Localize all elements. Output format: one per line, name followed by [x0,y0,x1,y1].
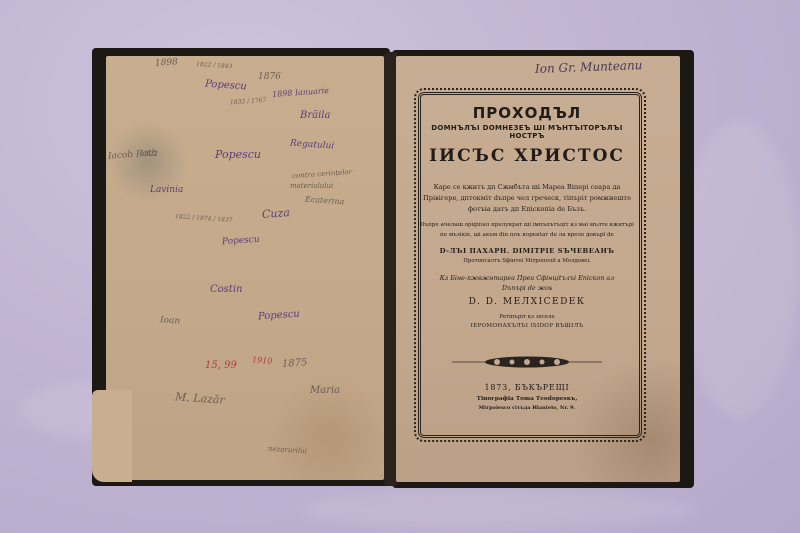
description-paragraph: Каре се кжнтъ дп Сжмбъта ші Мареа Віпері… [420,182,634,215]
handwritten-note: Brăila [300,110,330,121]
handwritten-note: 1822 [140,150,158,158]
blessing-line-1: Кз Біне-кжвжнтареа Преа Сфінціtълъі Епіс… [420,273,634,283]
title-line-1: ПРОХОДЪЛ [420,104,634,122]
printer-name: Tіпографіа Тоmа Теоdореsкъ, [420,396,634,402]
handwritten-note: materialului [290,182,333,190]
floral-ornament-icon [452,355,602,369]
title-line-2: DОМНЪЛЪI DОМНЕЗЕЪ ШI МЪНТЪIТОРЪЛЪI НОСТР… [420,124,634,140]
handwritten-note: 1898 [155,57,179,69]
handwritten-note: Costin [210,284,242,295]
author-role: Протопсалтъ Sфінтеі Мітрополії а Молдове… [420,258,634,264]
cloth-fold [680,120,800,420]
handwritten-note: Lavinia [150,185,183,195]
left-page-torn-corner [92,390,132,482]
handwritten-note: Cuza [262,206,291,221]
handwritten-note: Ioan [160,315,181,326]
handwritten-note: 1875 [282,357,308,370]
bishop-name: D. D. МЕЛХIСЕDЕК [420,297,634,307]
handwritten-note: 1910 [252,355,273,365]
handwritten-note: 15, 99 [205,360,237,371]
author-names: D-ЛЪI ПАХАРН. DIМIТРIЕ ЅЪЧЕВЕАНЪ [420,247,634,255]
handwritten-note: Maria [310,385,340,396]
blessing-line-2: Dъпърі de жоs [420,283,634,293]
blessing-text: Кз Біне-кжвжнтареа Преа Сфінціtълъі Епіс… [420,273,634,293]
reprint-note: Ретіпъріт кз зеселе [420,314,634,320]
hieromonk-name: IЕРОМОНАХЪЛЪI ІSIDОР ВЪШIЛЪ [420,323,634,329]
revision-paragraph: Dъпре ачелаш оріgіпал прелукрат ші імпъп… [420,221,634,240]
title-line-3: IИСЪС ХРИСТОС [420,146,634,166]
handwritten-note: 1876 [258,72,281,82]
publication-year-place: 1873, БЪКЪРЕЩI [420,383,634,392]
handwritten-note: Popescu [215,148,261,161]
cloth-fold [300,490,700,530]
printer-address: Мітроіеsсо сітъда Иlаntеlо, Nr. 9. [420,405,634,411]
left-endpaper-page [106,56,384,480]
